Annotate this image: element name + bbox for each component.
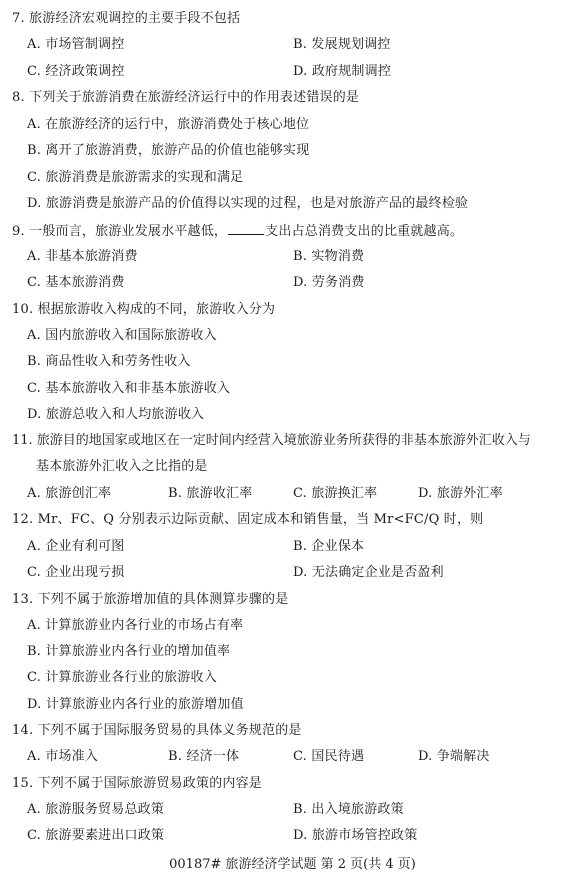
question-14-option-c: C. 国民待遇 xyxy=(293,748,364,766)
question-13-option-b: B. 计算旅游业内各行业的增加值率 xyxy=(27,643,230,661)
question-11-stem-line-2: 基本旅游外汇收入之比指的是 xyxy=(36,458,208,476)
question-8-option-c: C. 旅游消费是旅游需求的实现和满足 xyxy=(27,169,243,187)
question-15-option-a: A. 旅游服务贸易总政策 xyxy=(27,801,164,819)
question-13-option-a: A. 计算旅游业内各行业的市场占有率 xyxy=(27,617,243,635)
exam-page: 7. 旅游经济宏观调控的主要手段不包括 A. 市场管制调控 B. 发展规划调控 … xyxy=(0,0,585,885)
question-10-option-d: D. 旅游总收入和人均旅游收入 xyxy=(27,406,204,424)
question-9-option-a: A. 非基本旅游消费 xyxy=(27,248,138,266)
question-7-option-c: C. 经济政策调控 xyxy=(27,63,125,81)
question-7-option-b: B. 发展规划调控 xyxy=(293,36,391,54)
question-11-option-c: C. 旅游换汇率 xyxy=(293,485,377,503)
question-14-option-b: B. 经济一体 xyxy=(168,748,239,766)
question-7-option-a: A. 市场管制调控 xyxy=(27,36,124,54)
question-9-option-c: C. 基本旅游消费 xyxy=(27,274,125,292)
question-10-stem: 10. 根据旅游收入构成的不同，旅游收入分为 xyxy=(12,301,275,319)
question-7-stem: 7. 旅游经济宏观调控的主要手段不包括 xyxy=(12,10,240,28)
question-10-option-b: B. 商品性收入和劳务性收入 xyxy=(27,353,191,371)
question-15-option-b: B. 出入境旅游政策 xyxy=(293,801,404,819)
fill-in-blank xyxy=(228,222,264,235)
page-footer: 00187# 旅游经济学试题 第 2 页(共 4 页) xyxy=(0,856,585,874)
question-14-option-d: D. 争端解决 xyxy=(418,748,490,766)
question-12-stem: 12. Mr、FC、Q 分别表示边际贡献、固定成本和销售量，当 Mr<FC/Q … xyxy=(12,511,483,529)
question-11-option-a: A. 旅游创汇率 xyxy=(27,485,111,503)
question-8-option-a: A. 在旅游经济的运行中，旅游消费处于核心地位 xyxy=(27,116,309,134)
question-10-option-c: C. 基本旅游收入和非基本旅游收入 xyxy=(27,380,230,398)
question-14-option-a: A. 市场准入 xyxy=(27,748,98,766)
question-11-stem-line-1: 11. 旅游目的地国家或地区在一定时间内经营入境旅游业务所获得的非基本旅游外汇收… xyxy=(12,432,531,450)
question-12-option-c: C. 企业出现亏损 xyxy=(27,564,125,582)
question-10-option-a: A. 国内旅游收入和国际旅游收入 xyxy=(27,327,217,345)
question-14-stem: 14. 下列不属于国际服务贸易的具体义务规范的是 xyxy=(12,722,302,740)
question-12-option-a: A. 企业有利可图 xyxy=(27,538,124,556)
question-13-stem: 13. 下列不属于旅游增加值的具体测算步骤的是 xyxy=(12,591,288,609)
question-13-option-c: C. 计算旅游业各行业的旅游收入 xyxy=(27,669,217,687)
question-11-option-d: D. 旅游外汇率 xyxy=(418,485,503,503)
question-9-stem-before: 9. 一般而言，旅游业发展水平越低， xyxy=(12,224,227,239)
question-7-option-d: D. 政府规制调控 xyxy=(293,63,391,81)
question-12-option-b: B. 企业保本 xyxy=(293,538,364,556)
question-15-stem: 15. 下列不属于国际旅游贸易政策的内容是 xyxy=(12,775,262,793)
question-15-option-c: C. 旅游要素进出口政策 xyxy=(27,827,164,845)
question-9-stem: 9. 一般而言，旅游业发展水平越低，支出占总消费支出的比重就越高。 xyxy=(12,222,463,240)
question-8-option-d: D. 旅游消费是旅游产品的价值得以实现的过程，也是对旅游产品的最终检验 xyxy=(27,195,468,213)
question-8-option-b: B. 离开了旅游消费，旅游产品的价值也能够实现 xyxy=(27,142,309,160)
question-8-stem: 8. 下列关于旅游消费在旅游经济运行中的作用表述错误的是 xyxy=(12,89,359,107)
question-9-option-b: B. 实物消费 xyxy=(293,248,364,266)
question-15-option-d: D. 旅游市场管控政策 xyxy=(293,827,417,845)
question-9-option-d: D. 劳务消费 xyxy=(293,274,365,292)
question-11-option-b: B. 旅游收汇率 xyxy=(168,485,252,503)
question-9-stem-after: 支出占总消费支出的比重就越高。 xyxy=(265,224,463,239)
question-13-option-d: D. 计算旅游业内各行业的旅游增加值 xyxy=(27,696,244,714)
question-12-option-d: D. 无法确定企业是否盈利 xyxy=(293,564,444,582)
